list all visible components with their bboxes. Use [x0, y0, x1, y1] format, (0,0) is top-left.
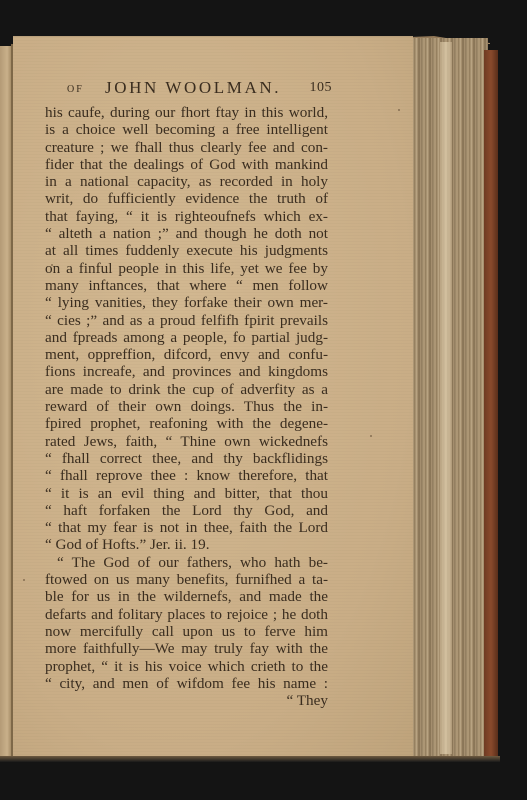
text-line: “ God of Hofts.” Jer. ii. 19. [45, 536, 328, 553]
text-line: that faying, “ it is righteoufnefs which… [45, 208, 328, 225]
text-line: defarts and folitary places to rejoice ;… [45, 606, 328, 623]
text-line: “ The God of our fathers, who hath be- [45, 554, 328, 571]
running-head-title: JOHN WOOLMAN. [105, 78, 281, 98]
text-line: are made to drink the cup of adverfity a… [45, 381, 328, 398]
text-line: more faithfully—We may truly fay with th… [45, 640, 328, 657]
text-line: writ, do fufficiently evidence the truth… [45, 190, 328, 207]
text-line: his caufe, during our fhort ftay in this… [45, 104, 328, 121]
text-line: “ alteth a nation ;” and though he doth … [45, 225, 328, 242]
running-head: OF JOHN WOOLMAN. 105 [45, 78, 328, 104]
text-line: ment, oppreffion, difcord, envy and conf… [45, 346, 328, 363]
text-line: rated Jews, faith, “ Thine own wickednef… [45, 433, 328, 450]
text-line: “ it is an evil thing and bitter, that t… [45, 485, 328, 502]
text-line: on a finful people in this life, yet we … [45, 260, 328, 277]
text-line: fider that the dealings of God with mank… [45, 156, 328, 173]
text-line: creature ; we fhall thus clearly fee and… [45, 139, 328, 156]
page-edges-highlight [440, 42, 452, 754]
catchword: “ They [45, 692, 328, 709]
text-line: “ fhall correct thee, and thy backflidin… [45, 450, 328, 467]
text-line: “ lying vanities, they forfake their own… [45, 294, 328, 311]
text-line: in a national capacity, as recorded in h… [45, 173, 328, 190]
text-line: “ cies ;” and as a proud felfifh fpirit … [45, 312, 328, 329]
book-photograph: OF JOHN WOOLMAN. 105 his caufe, during o… [0, 0, 527, 800]
text-line: fions increafe, and provinces and kingdo… [45, 363, 328, 380]
text-line: “ haft forfaken the Lord thy God, and [45, 502, 328, 519]
text-line: now mercifully call upon us to ferve him [45, 623, 328, 640]
text-line: at all times fuddenly execute his judgme… [45, 242, 328, 259]
text-line: prophet, “ it is his voice which crieth … [45, 658, 328, 675]
text-line: ftowed on us many benefits, furnifhed a … [45, 571, 328, 588]
text-line: “ city, and men of wifdom fee his name : [45, 675, 328, 692]
paper-speck [370, 435, 372, 437]
text-line: is a choice well becoming a free intelli… [45, 121, 328, 138]
text-line: many inftances, that where “ men follow [45, 277, 328, 294]
text-line: ble for us in the wildernefs, and made t… [45, 588, 328, 605]
text-line: “ that my fear is not in thee, faith the… [45, 519, 328, 536]
paper-speck [23, 579, 25, 581]
page-text-block: OF JOHN WOOLMAN. 105 his caufe, during o… [45, 78, 328, 709]
text-line: “ fhall reprove thee : know therefore, t… [45, 467, 328, 484]
body-text: his caufe, during our fhort ftay in this… [45, 104, 328, 709]
page-bottom-shadow [0, 756, 500, 762]
paper-speck [398, 109, 400, 111]
text-line: fpired prophet, reafoning with the degen… [45, 415, 328, 432]
leather-cover-edge [484, 50, 498, 756]
page-number: 105 [310, 80, 333, 96]
text-line: and fpreads among a people, fo partial j… [45, 329, 328, 346]
running-head-prefix: OF [67, 84, 84, 95]
text-line: reward of their own doings. Thus the in- [45, 398, 328, 415]
